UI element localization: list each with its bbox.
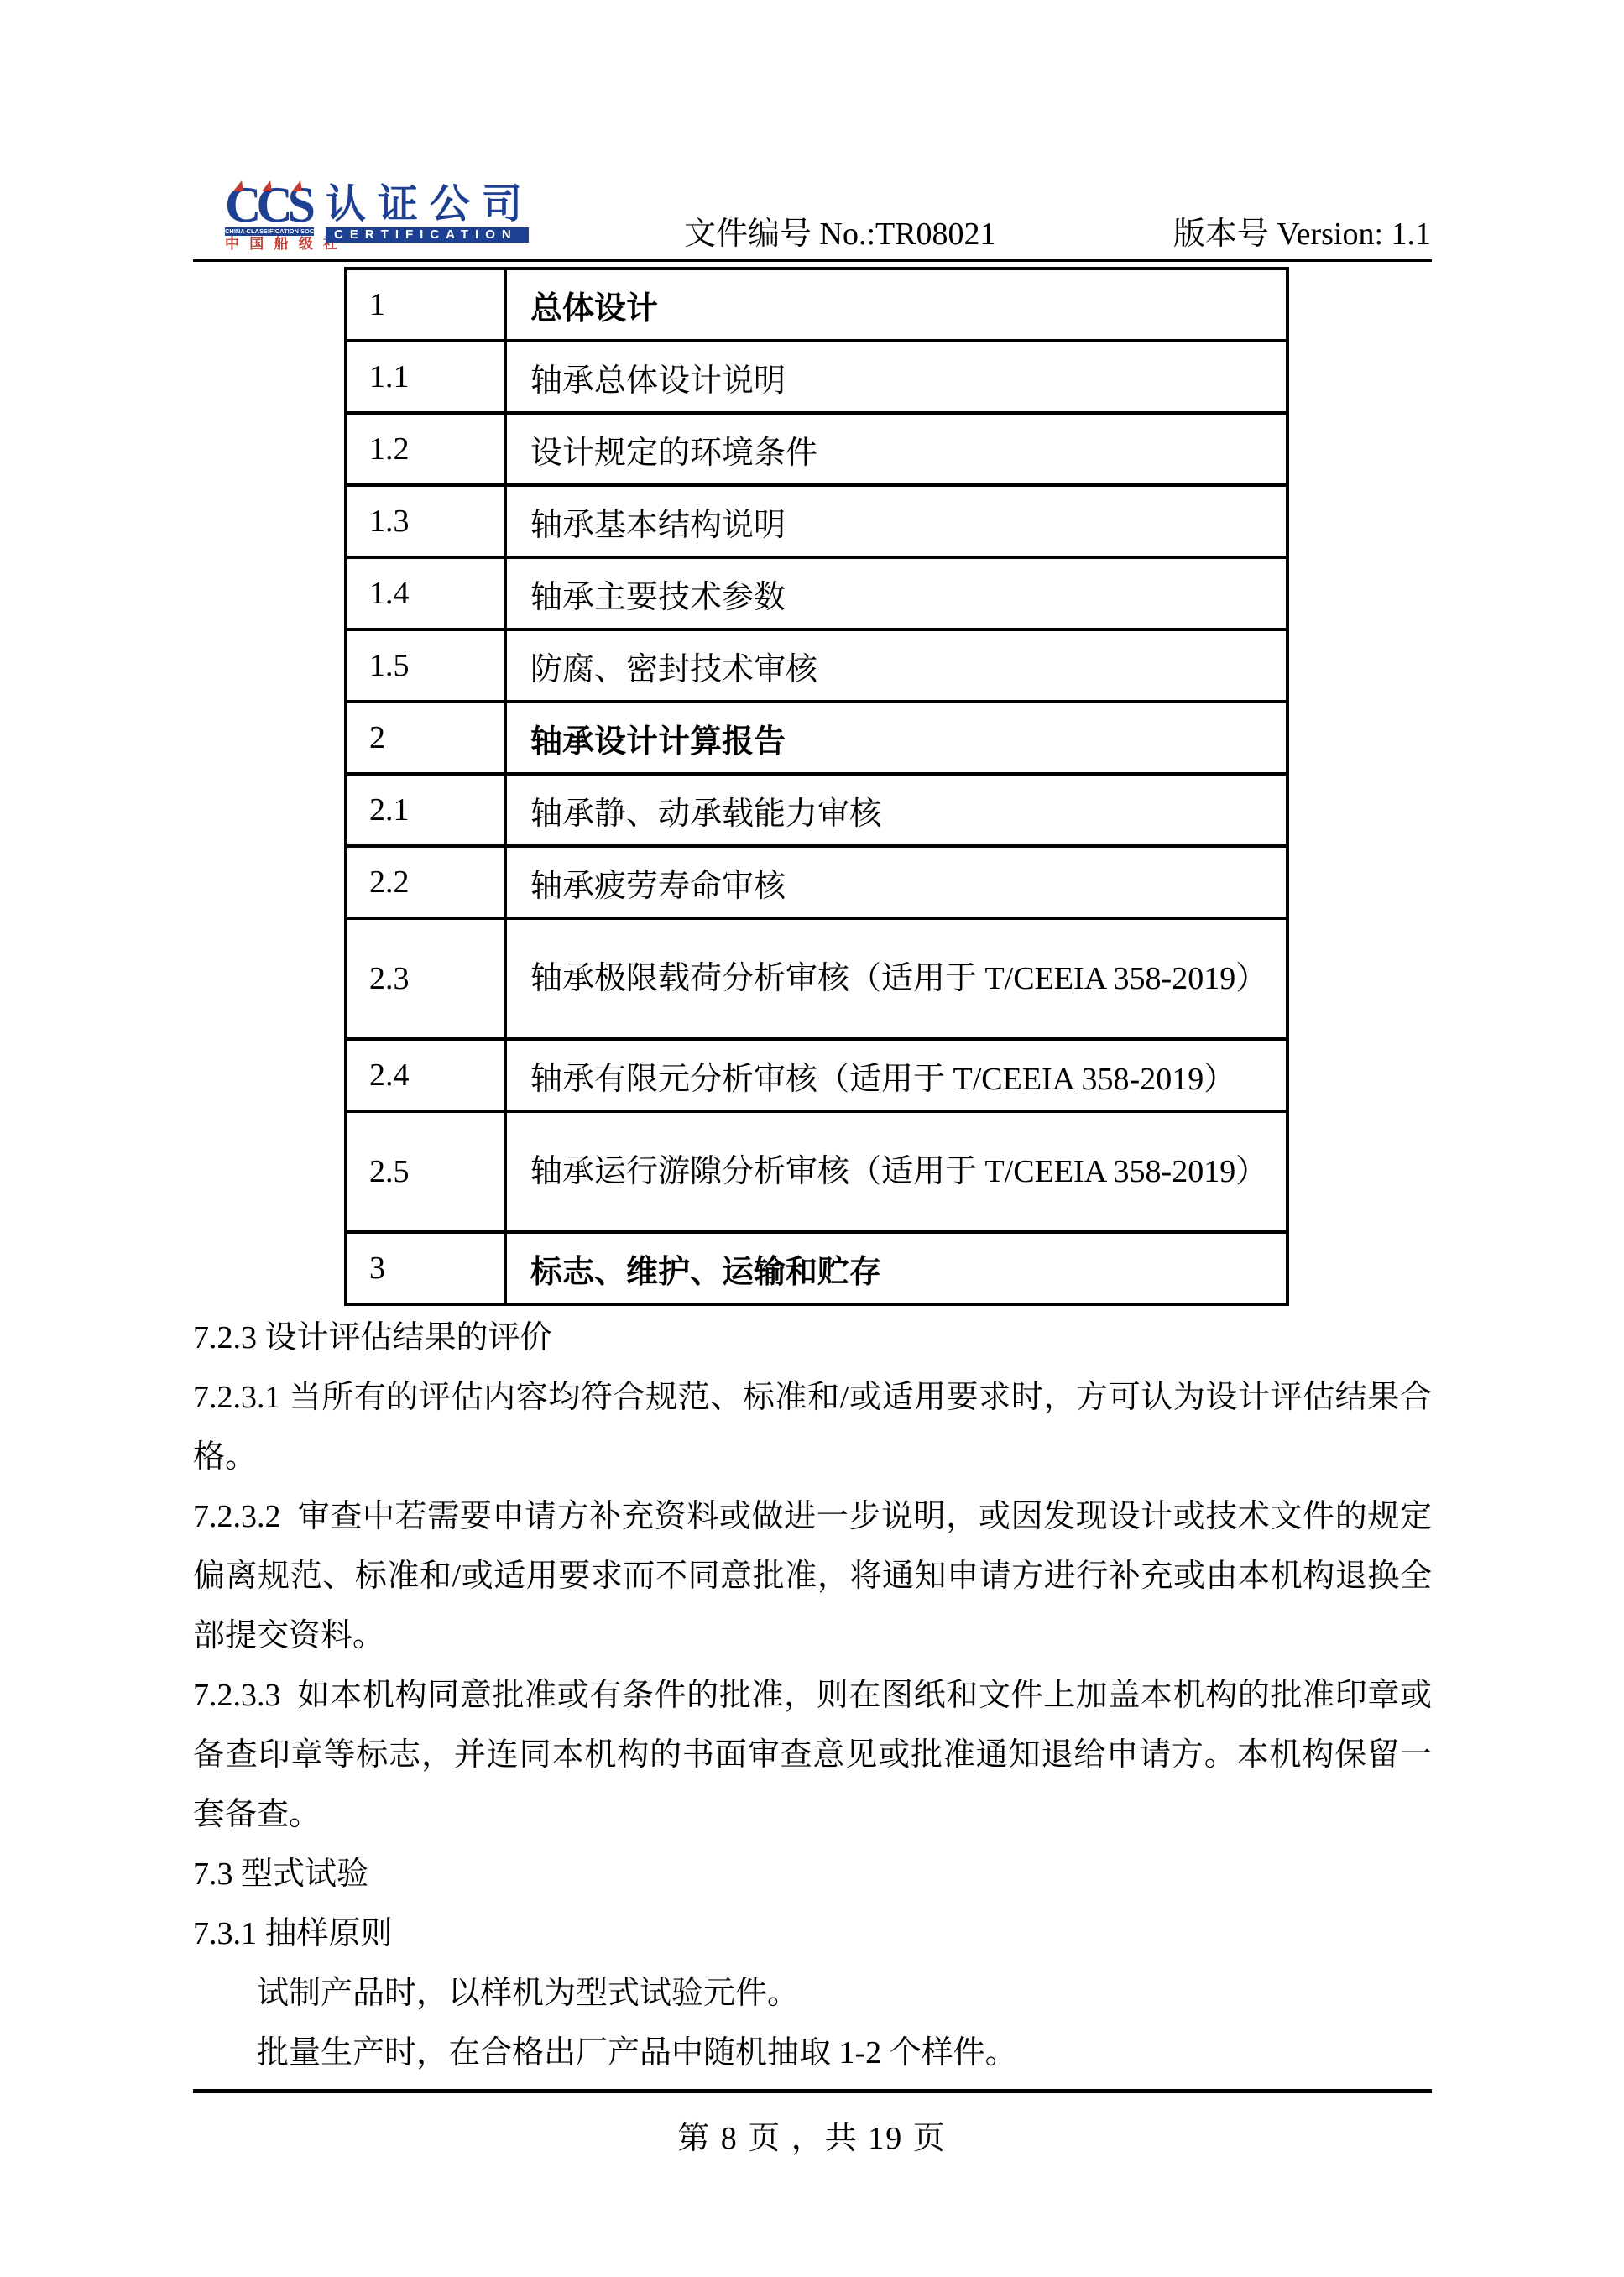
row-number: 2.5 [346,1111,505,1232]
design-review-items-table: 1 总体设计 1.1 轴承总体设计说明 1.2 设计规定的环境条件 1.3 轴承… [344,267,1289,1306]
table-row: 1.3 轴承基本结构说明 [346,485,1287,557]
row-number: 1.4 [346,557,505,629]
row-number: 1 [346,269,505,341]
footer-rule [193,2089,1432,2093]
table-row: 2.1 轴承静、动承载能力审核 [346,774,1287,846]
row-number: 1.5 [346,629,505,702]
table-row: 1.2 设计规定的环境条件 [346,413,1287,485]
header-rule [193,259,1432,262]
row-number: 1.2 [346,413,505,485]
header-meta: 文件编号 No.:TR08021 版本号 Version: 1.1 [684,210,1431,253]
row-title: 轴承主要技术参数 [505,557,1287,629]
ccs-wordmark: CCS [225,185,314,225]
table-row: 2.3 轴承极限载荷分析审核（适用于 T/CEEIA 358-2019） [346,918,1287,1039]
row-title: 轴承总体设计说明 [505,341,1287,413]
body-text: 7.2.3 设计评估结果的评价7.2.3.1 当所有的评估内容均符合规范、标准和… [193,1308,1432,2083]
row-title: 轴承基本结构说明 [505,485,1287,557]
table-row: 2.5 轴承运行游隙分析审核（适用于 T/CEEIA 358-2019） [346,1111,1287,1232]
row-title: 轴承运行游隙分析审核（适用于 T/CEEIA 358-2019） [505,1111,1287,1232]
row-title: 设计规定的环境条件 [505,413,1287,485]
row-number: 2.1 [346,774,505,846]
paragraph: 7.2.3.1 当所有的评估内容均符合规范、标准和/或适用要求时，方可认为设计评… [193,1368,1432,1487]
paragraph: 7.3.1 抽样原则 [193,1904,1432,1964]
row-number: 3 [346,1232,505,1304]
ccs-logo-right: 认证公司 CERTIFICATION [326,185,534,243]
row-number: 2.3 [346,918,505,1039]
paragraph: 批量生产时，在合格出厂产品中随机抽取 1-2 个样件。 [193,2024,1432,2083]
table-row: 2.2 轴承疲劳寿命审核 [346,846,1287,918]
table-row: 1 总体设计 [346,269,1287,341]
row-title: 标志、维护、运输和贮存 [505,1232,1287,1304]
paragraph: 7.2.3.3 如本机构同意批准或有条件的批准，则在图纸和文件上加盖本机构的批准… [193,1666,1432,1845]
row-number: 2 [346,702,505,774]
ccs-logo-left: CCS CHINA CLASSIFICATION SOCIETY 中 国 船 级… [225,185,314,251]
row-title: 轴承疲劳寿命审核 [505,846,1287,918]
table-row: 1.5 防腐、密封技术审核 [346,629,1287,702]
design-review-items-table-body: 1 总体设计 1.1 轴承总体设计说明 1.2 设计规定的环境条件 1.3 轴承… [346,269,1287,1304]
row-title: 轴承静、动承载能力审核 [505,774,1287,846]
paragraph: 试制产品时，以样机为型式试验元件。 [193,1964,1432,2024]
paragraph: 7.2.3 设计评估结果的评价 [193,1308,1432,1368]
certification-label-en: CERTIFICATION [326,227,529,243]
table-row: 1.4 轴承主要技术参数 [346,557,1287,629]
version-number: 版本号 Version: 1.1 [1173,207,1431,253]
table-row: 3 标志、维护、运输和贮存 [346,1232,1287,1304]
page-number: 第 8 页 ，共 19 页 [0,2112,1624,2158]
paragraph: 7.2.3.2 审查中若需要申请方补充资料或做进一步说明，或因发现设计或技术文件… [193,1487,1432,1666]
certification-company-cn: 认证公司 [326,185,534,225]
table-row: 2 轴承设计计算报告 [346,702,1287,774]
row-title: 防腐、密封技术审核 [505,629,1287,702]
ccs-logo: CCS CHINA CLASSIFICATION SOCIETY 中 国 船 级… [225,185,534,251]
row-number: 2.4 [346,1039,505,1111]
row-number: 2.2 [346,846,505,918]
row-title: 轴承有限元分析审核（适用于 T/CEEIA 358-2019） [505,1039,1287,1111]
row-number: 1.1 [346,341,505,413]
row-number: 1.3 [346,485,505,557]
paragraph: 7.3 型式试验 [193,1845,1432,1904]
table-row: 2.4 轴承有限元分析审核（适用于 T/CEEIA 358-2019） [346,1039,1287,1111]
row-title: 轴承设计计算报告 [505,702,1287,774]
row-title: 轴承极限载荷分析审核（适用于 T/CEEIA 358-2019） [505,918,1287,1039]
row-title: 总体设计 [505,269,1287,341]
document-number: 文件编号 No.:TR08021 [684,207,996,253]
document-page: CCS CHINA CLASSIFICATION SOCIETY 中 国 船 级… [0,0,1624,2277]
ccs-society-name-cn: 中 国 船 级 社 [225,237,314,251]
table-row: 1.1 轴承总体设计说明 [346,341,1287,413]
